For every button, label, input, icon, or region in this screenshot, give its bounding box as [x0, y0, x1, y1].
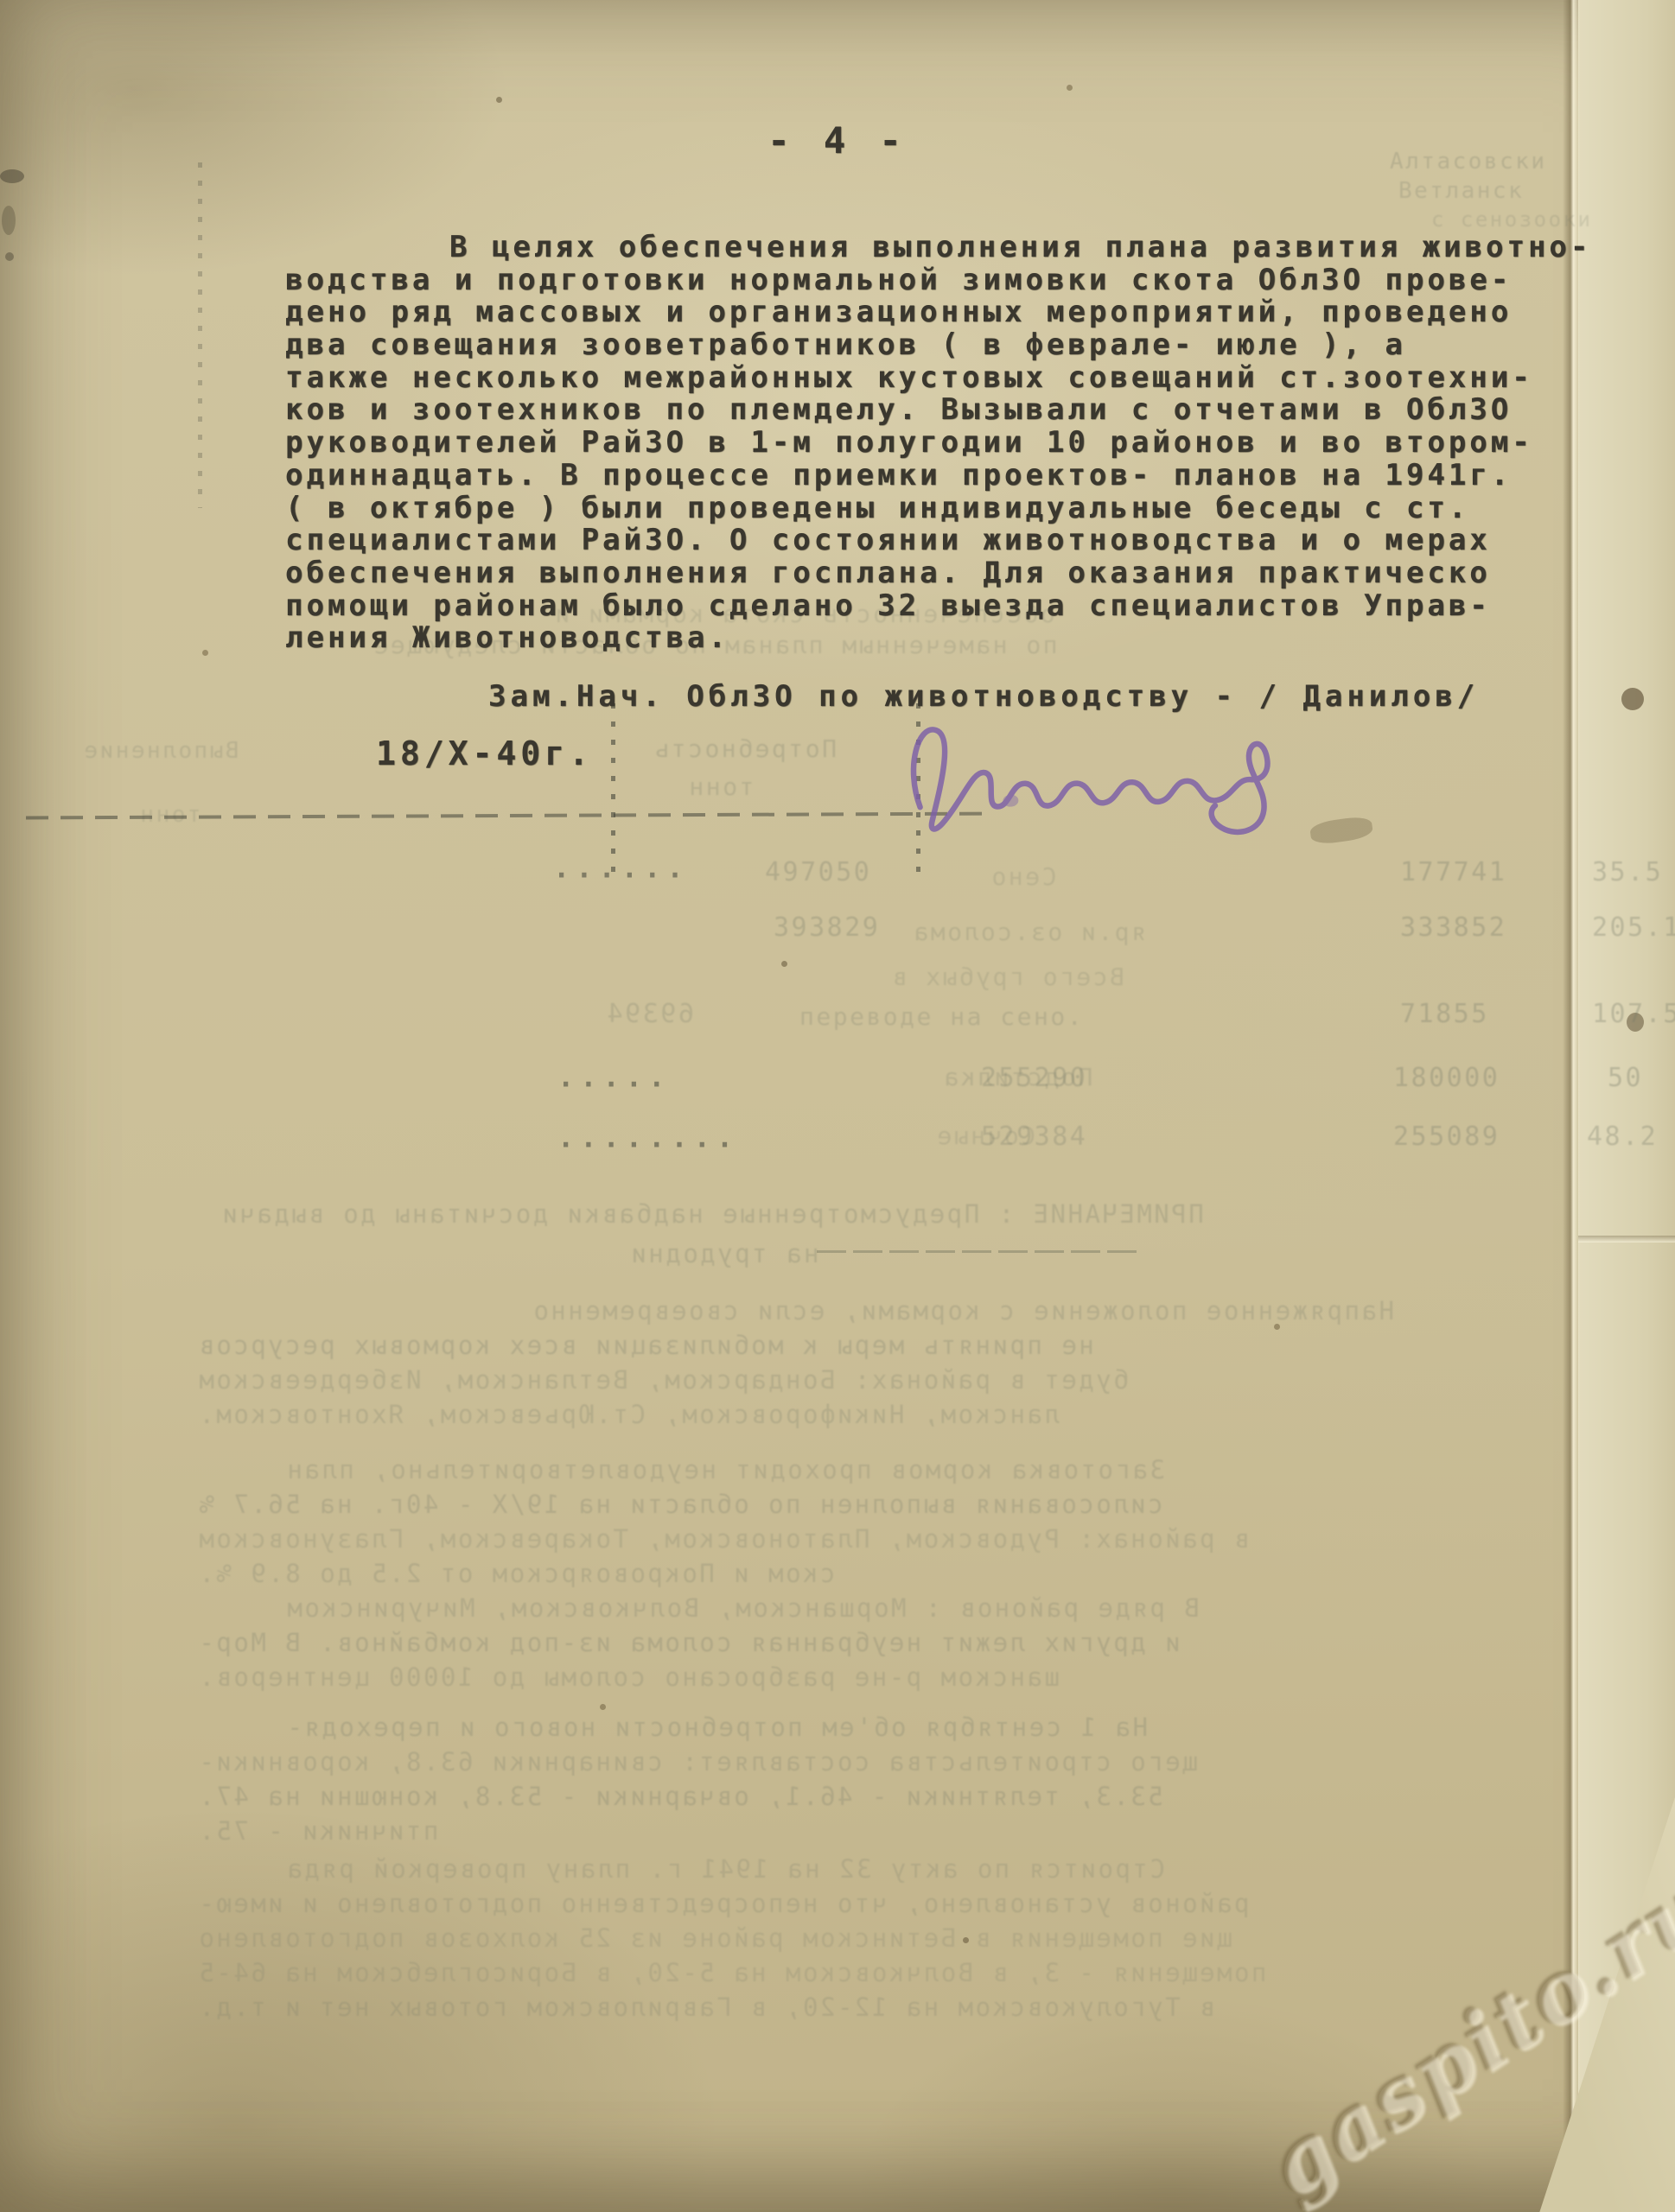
bleedthrough-text: в районах: Рудовском, Платоновском, Тока…	[197, 1524, 1250, 1554]
bleedthrough-text: силосования выполнен по области на 19/X …	[197, 1490, 1163, 1519]
bleedthrough-text: будет в районах: Бондарском, Ветланском,…	[197, 1365, 1129, 1395]
typewritten-line: помощи районам было сделано 32 выезда сп…	[285, 588, 1591, 621]
bleedthrough-dots: ········	[557, 1128, 739, 1161]
bleedthrough-text: 107.5	[1592, 999, 1675, 1029]
bleedthrough-text: яр.и оз.солома	[912, 918, 1146, 946]
bleedthrough-text: и других лежит неубранная солома из-под …	[197, 1628, 1181, 1657]
bleedthrough-text: 255089	[1393, 1122, 1500, 1152]
bleedthrough-text: 50	[1608, 1063, 1643, 1093]
bleedthrough-dots: ······	[553, 859, 690, 892]
bleedthrough-text: 205.1	[1592, 912, 1675, 943]
bleedthrough-text: 69394	[605, 999, 694, 1029]
bleedthrough-text: 71855	[1400, 999, 1489, 1029]
bleedthrough-text: В ряде районов : Моршанском, Волчковском…	[285, 1593, 1200, 1623]
typewritten-line: ления Животноводства.	[285, 620, 1591, 653]
typewritten-line: ков и зоотехников по племделу. Вызывали …	[285, 392, 1591, 425]
bleedthrough-text: Строится по акту 32 на 1941 г. плану про…	[285, 1854, 1165, 1884]
bleedthrough-text: щего строительства составляет: свинарник…	[197, 1747, 1198, 1777]
page-number: - 4 -	[0, 119, 1675, 162]
bleedthrough-text: Всего грубых в	[890, 963, 1124, 991]
bleedthrough-text: 35.5	[1592, 857, 1663, 887]
bleedthrough-text: на трудодни	[629, 1239, 819, 1268]
bleedthrough-text: птичники - 75.	[197, 1816, 438, 1846]
bleedthrough-text: 529384	[981, 1122, 1087, 1152]
paper-stain	[5, 252, 14, 261]
typewritten-line: В целях обеспечения выполнения плана раз…	[285, 230, 1591, 263]
paper-stain	[1621, 688, 1644, 710]
bleedthrough-text: 333852	[1400, 912, 1506, 943]
paper-stain	[0, 169, 24, 183]
bleedthrough-text: переводе на сено.	[799, 1002, 1084, 1031]
dotted-column	[198, 162, 202, 508]
bleedthrough-text: Потребность	[653, 734, 837, 763]
bleedthrough-dots: ·····	[557, 1068, 671, 1101]
bleedthrough-text: Заготовка кормов проходит неудовлетворит…	[285, 1455, 1165, 1484]
bleedthrough-text: с сенозооки	[1431, 207, 1592, 232]
bleedthrough-text: Сено	[990, 862, 1056, 891]
typewritten-line: одиннадцать. В процессе приемки проектов…	[285, 458, 1591, 491]
typewritten-line: руководителей РайЗО в 1-м полугодии 10 р…	[285, 425, 1591, 458]
bleedthrough-text: ском и Покровоярском от 2.5 до 8.9 %.	[197, 1559, 836, 1588]
bleedthrough-text: 497050	[765, 857, 871, 887]
typewritten-line: специалистами РайЗО. О состоянии животно…	[285, 523, 1591, 556]
paper-crease	[1578, 1236, 1675, 1243]
handwritten-signature	[876, 686, 1298, 868]
bleedthrough-text: 177741	[1400, 857, 1506, 887]
bleedthrough-text: 255290	[981, 1063, 1087, 1093]
paper-speck	[496, 97, 502, 103]
bleedthrough-text: Напряженное положение с кормами, если св…	[532, 1296, 1394, 1325]
paper-stain	[2, 206, 16, 235]
bleedthrough-text: 180000	[1393, 1063, 1500, 1093]
dotted-column	[611, 703, 615, 873]
bleedthrough-text: 53.3, телятники - 46.1, овчарники - 53.8…	[197, 1782, 1163, 1811]
bleedthrough-text: 48.2	[1587, 1122, 1658, 1152]
bleedthrough-text: тонн	[687, 772, 754, 801]
bleedthrough-text: На 1 сентября об'ем потребности нового и…	[285, 1713, 1148, 1742]
bleedthrough-text: районов установлено, что непосредственно…	[197, 1889, 1250, 1918]
bleedthrough-text: ланском, Никифоровском, Ст.Юрьевском, Ях…	[197, 1400, 1060, 1429]
bleedthrough-text: в Туголуковском на 12-20, в Гавриловском…	[197, 1993, 1215, 2022]
typewritten-paragraph: В целях обеспечения выполнения плана раз…	[285, 230, 1591, 653]
bleedthrough-text: щие помещения в Бетинском районе из 25 к…	[197, 1923, 1232, 1953]
typewritten-line: также несколько межрайонных кустовых сов…	[285, 360, 1591, 393]
bleedthrough-text: Ветланск	[1398, 178, 1524, 204]
typewritten-line: дено ряд массовых и организационных меро…	[285, 295, 1591, 327]
signature-stroke	[911, 712, 1271, 849]
paper-stain	[1309, 815, 1374, 846]
bleedthrough-text: ПРИМЕЧАНИЕ : Предусмотренные надбавки до…	[220, 1199, 1204, 1229]
bleedthrough-text: 393829	[774, 912, 880, 943]
signoff-date: 18/X-40г.	[376, 734, 593, 772]
typewritten-line: ( в октябре ) были проведены индивидуаль…	[285, 491, 1591, 524]
typewritten-line: водства и подготовки нормальной зимовки …	[285, 263, 1591, 296]
bleedthrough-text: Выполнение	[82, 738, 239, 764]
dashed-line	[817, 1250, 1141, 1253]
bleedthrough-text: шанском р-не разбросано соломы до 10000 …	[197, 1662, 1060, 1692]
typewritten-line: обеспечения выполнения госплана. Для ока…	[285, 556, 1591, 588]
typewritten-line: два совещания зооветработников ( в февра…	[285, 327, 1591, 360]
bleedthrough-text: не принять меры к мобилизации всех кормо…	[197, 1331, 1094, 1360]
bleedthrough-text: помещения - 3, в Волчковском на 5-20, в …	[197, 1958, 1267, 1987]
scanned-document-page: АлтасовскиВетланскс сенозоокиобеспеченно…	[0, 0, 1675, 2212]
